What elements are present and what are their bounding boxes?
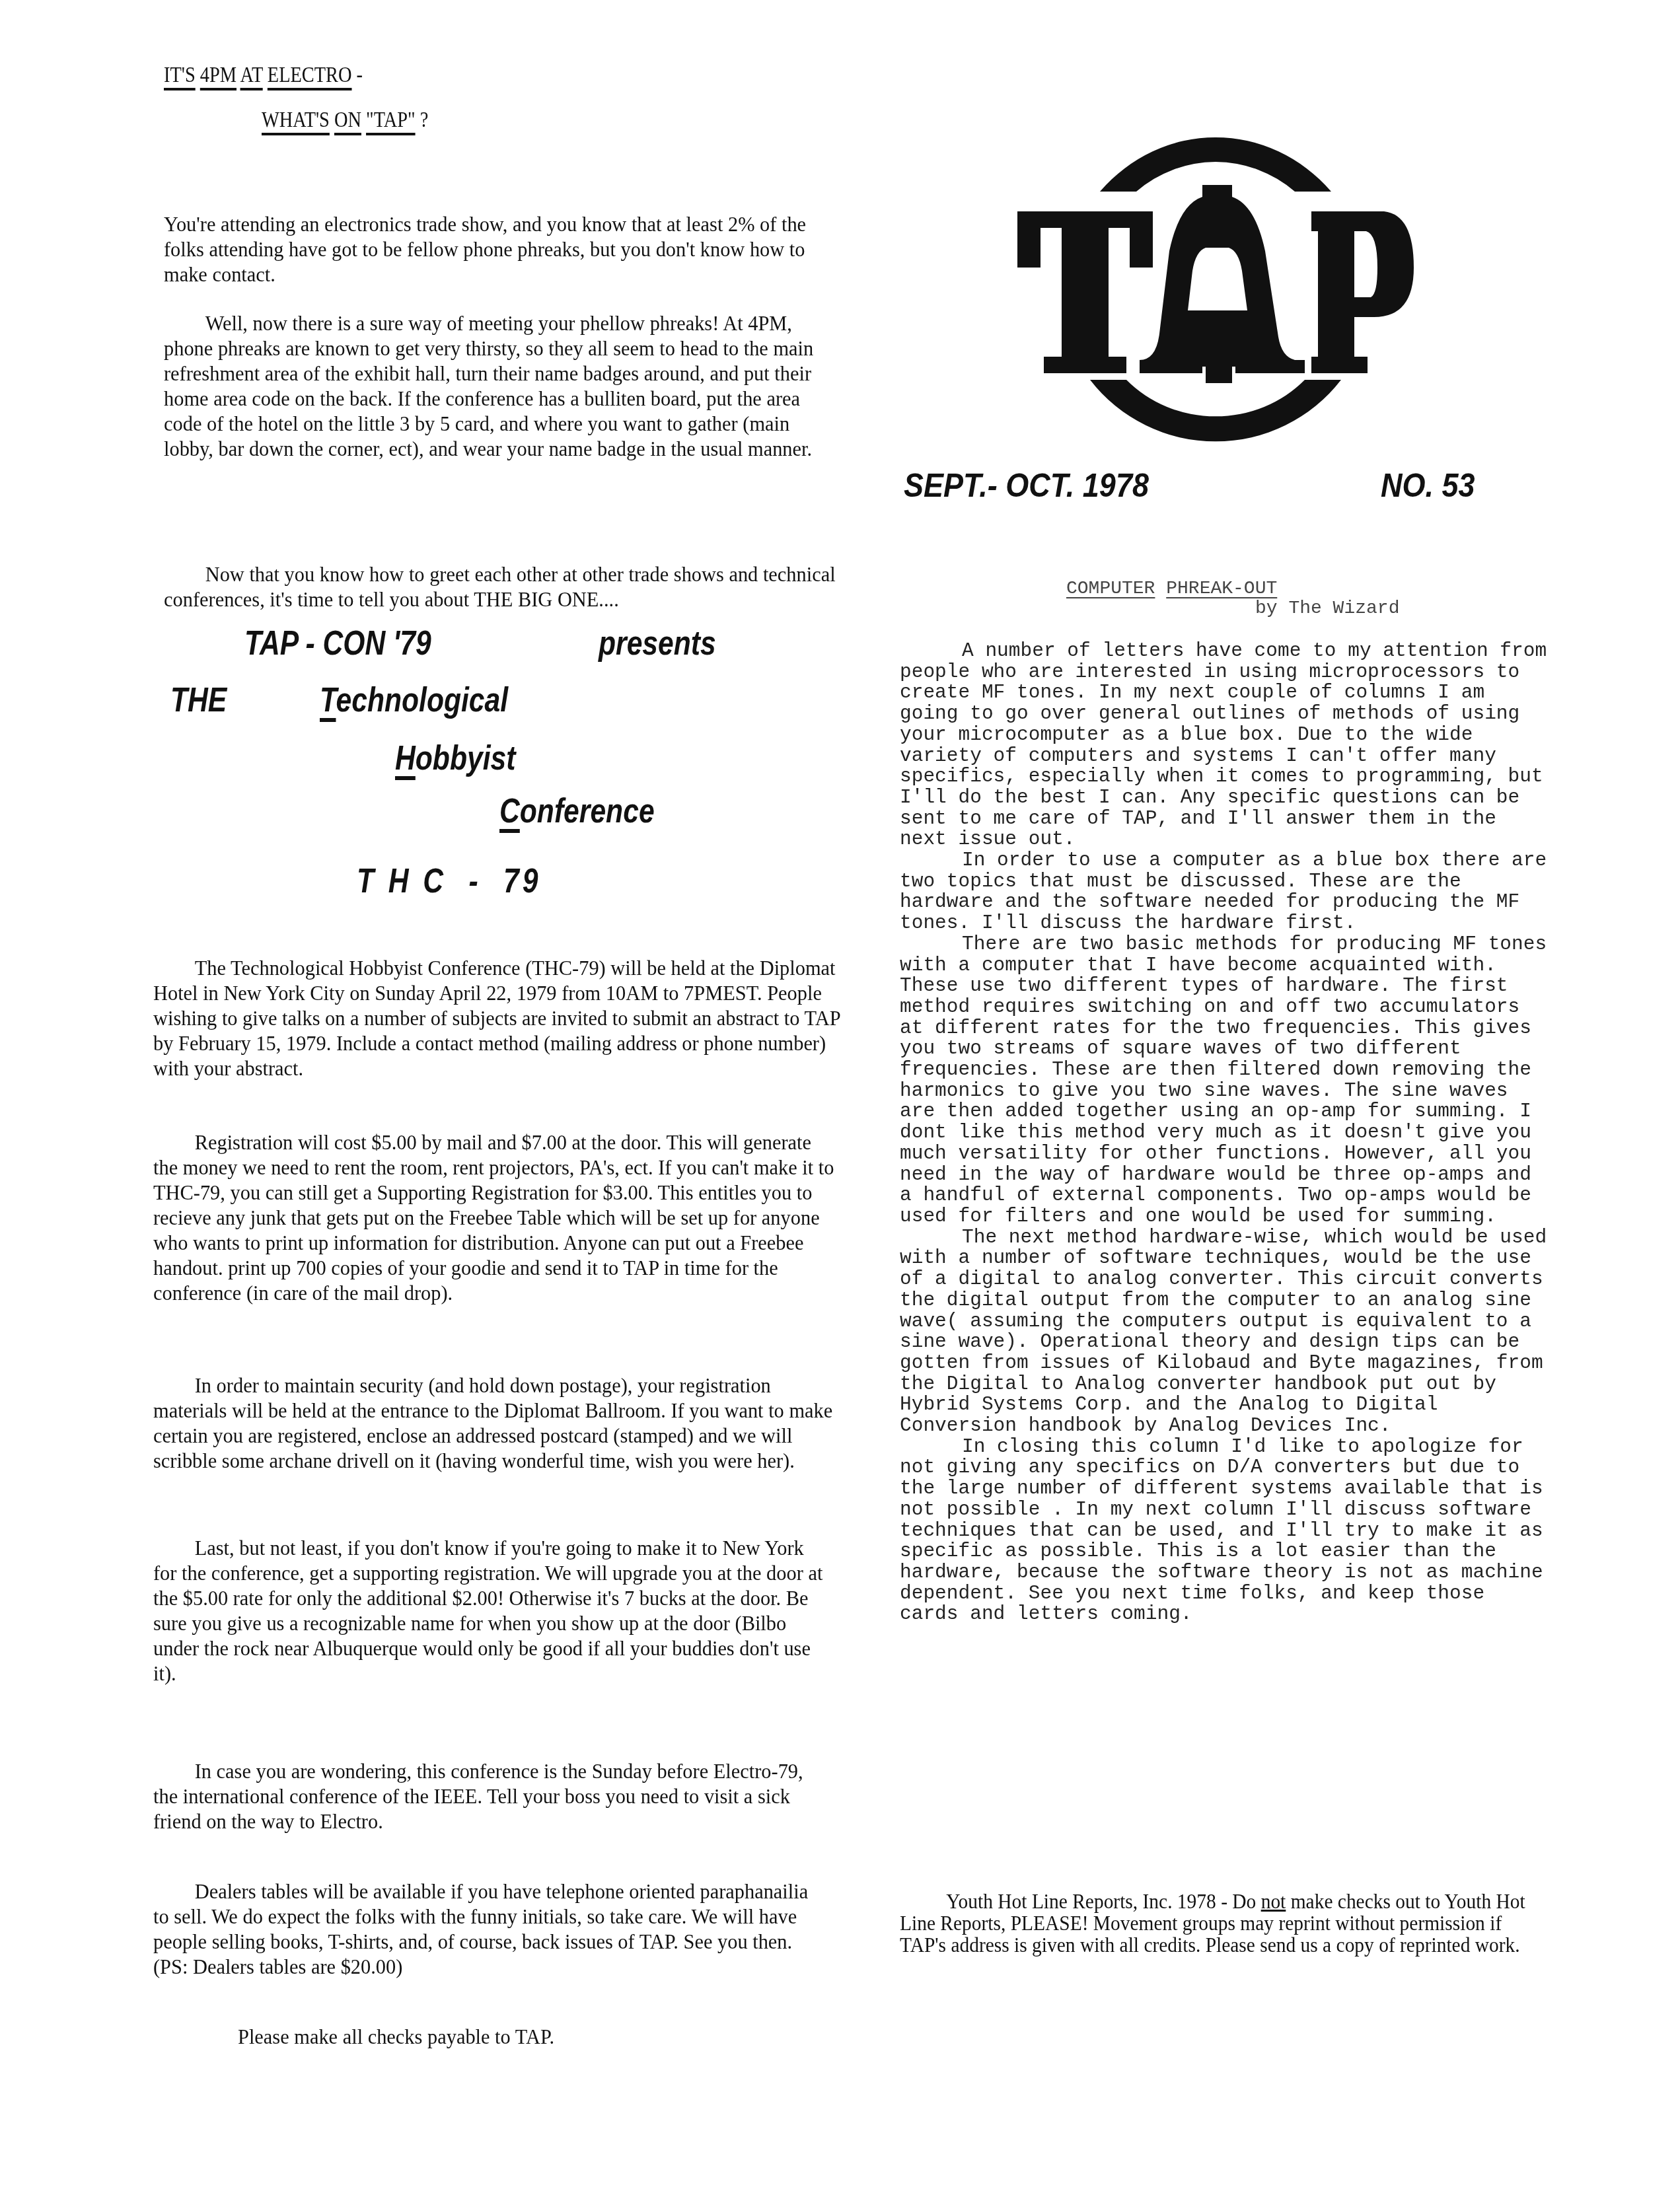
article-title: COMPUTER PHREAK-OUT	[1066, 579, 1277, 599]
closing-note: Please make all checks payable to TAP.	[238, 1999, 803, 2074]
initial-letter: T	[320, 681, 336, 719]
title-word: COMPUTER	[1066, 579, 1155, 599]
word-rest: echnological	[336, 681, 508, 719]
article-paragraph: The next method hardware-wise, which wou…	[900, 1227, 1547, 1437]
word-rest: obbyist	[416, 739, 516, 777]
intro-paragraph-3: Now that you know how to greet each othe…	[164, 536, 842, 637]
paragraph-text: In order to maintain security (and hold …	[153, 1373, 844, 1473]
heading-word: ON	[334, 108, 361, 132]
bell-icon	[1004, 99, 1427, 469]
paragraph-text: Well, now there is a sure way of meeting…	[164, 310, 842, 461]
initial-letter: H	[395, 739, 416, 777]
banner-hobbyist: Hobbyist	[395, 738, 515, 778]
article-paragraph: A number of letters have come to my atte…	[900, 641, 1547, 850]
heading-its-4pm-at-electro: IT'S 4PM AT ELECTRO -	[164, 63, 363, 88]
banner-presents: presents	[599, 624, 716, 663]
paragraph-text: Dealers tables will be available if you …	[153, 1879, 819, 1979]
paragraph-text: Now that you know how to greet each othe…	[164, 561, 842, 612]
heading-word: 4PM	[200, 63, 237, 87]
heading-suffix: ?	[420, 108, 429, 132]
article-paragraph: In order to use a computer as a blue box…	[900, 850, 1547, 934]
intro-paragraph-2: Well, now there is a sure way of meeting…	[164, 285, 842, 486]
article-paragraph: In closing this column I'd like to apolo…	[900, 1437, 1547, 1625]
heading-whats-on-tap: WHAT'S ON "TAP" ?	[262, 108, 428, 133]
banner-technological: Technological	[320, 680, 508, 720]
heading-word: ELECTRO	[268, 63, 352, 87]
heading-word: "TAP"	[366, 108, 416, 132]
body-paragraph-6: Dealers tables will be available if you …	[153, 1853, 819, 2004]
paragraph-text: Registration will cost $5.00 by mail and…	[153, 1130, 838, 1305]
paragraph-text: In case you are wondering, this conferen…	[153, 1758, 819, 1834]
notice-text: Youth Hot Line Reports, Inc. 1978 - Do	[946, 1890, 1260, 1913]
heading-suffix: -	[357, 63, 363, 87]
paragraph-text: You're attending an electronics trade sh…	[164, 211, 842, 287]
article-byline: by The Wizard	[1255, 598, 1399, 619]
heading-word: WHAT'S	[262, 108, 330, 132]
paragraph-text: Last, but not least, if you don't know i…	[153, 1535, 831, 1686]
tap-logo: TAP	[1004, 99, 1427, 469]
article-paragraph: There are two basic methods for producin…	[900, 934, 1547, 1227]
word-rest: onference	[520, 792, 655, 830]
banner-conference: Conference	[499, 791, 655, 831]
publisher-notice: Youth Hot Line Reports, Inc. 1978 - Do n…	[900, 1890, 1540, 1956]
body-paragraph-2: Registration will cost $5.00 by mail and…	[153, 1104, 838, 1330]
notice-emphasis: not	[1261, 1890, 1286, 1913]
article-body: A number of letters have come to my atte…	[900, 641, 1547, 1625]
heading-word: AT	[240, 63, 263, 87]
banner-thc-79: T H C - 79	[357, 861, 541, 901]
body-paragraph-1: The Technological Hobbyist Conference (T…	[153, 930, 850, 1106]
body-paragraph-4: Last, but not least, if you don't know i…	[153, 1510, 831, 1711]
body-paragraph-5: In case you are wondering, this conferen…	[153, 1733, 819, 1859]
title-word: PHREAK-OUT	[1166, 579, 1277, 599]
issue-number: NO. 53	[1381, 466, 1475, 505]
issue-date: SEPT.- OCT. 1978	[904, 466, 1149, 505]
heading-word: IT'S	[164, 63, 196, 87]
banner-tapcon: TAP - CON '79	[244, 624, 431, 663]
paragraph-text: The Technological Hobbyist Conference (T…	[153, 955, 850, 1081]
initial-letter: C	[499, 792, 520, 830]
body-paragraph-3: In order to maintain security (and hold …	[153, 1348, 844, 1498]
banner-the: THE	[170, 680, 227, 720]
paragraph-text: Please make all checks payable to TAP.	[238, 2024, 803, 2049]
